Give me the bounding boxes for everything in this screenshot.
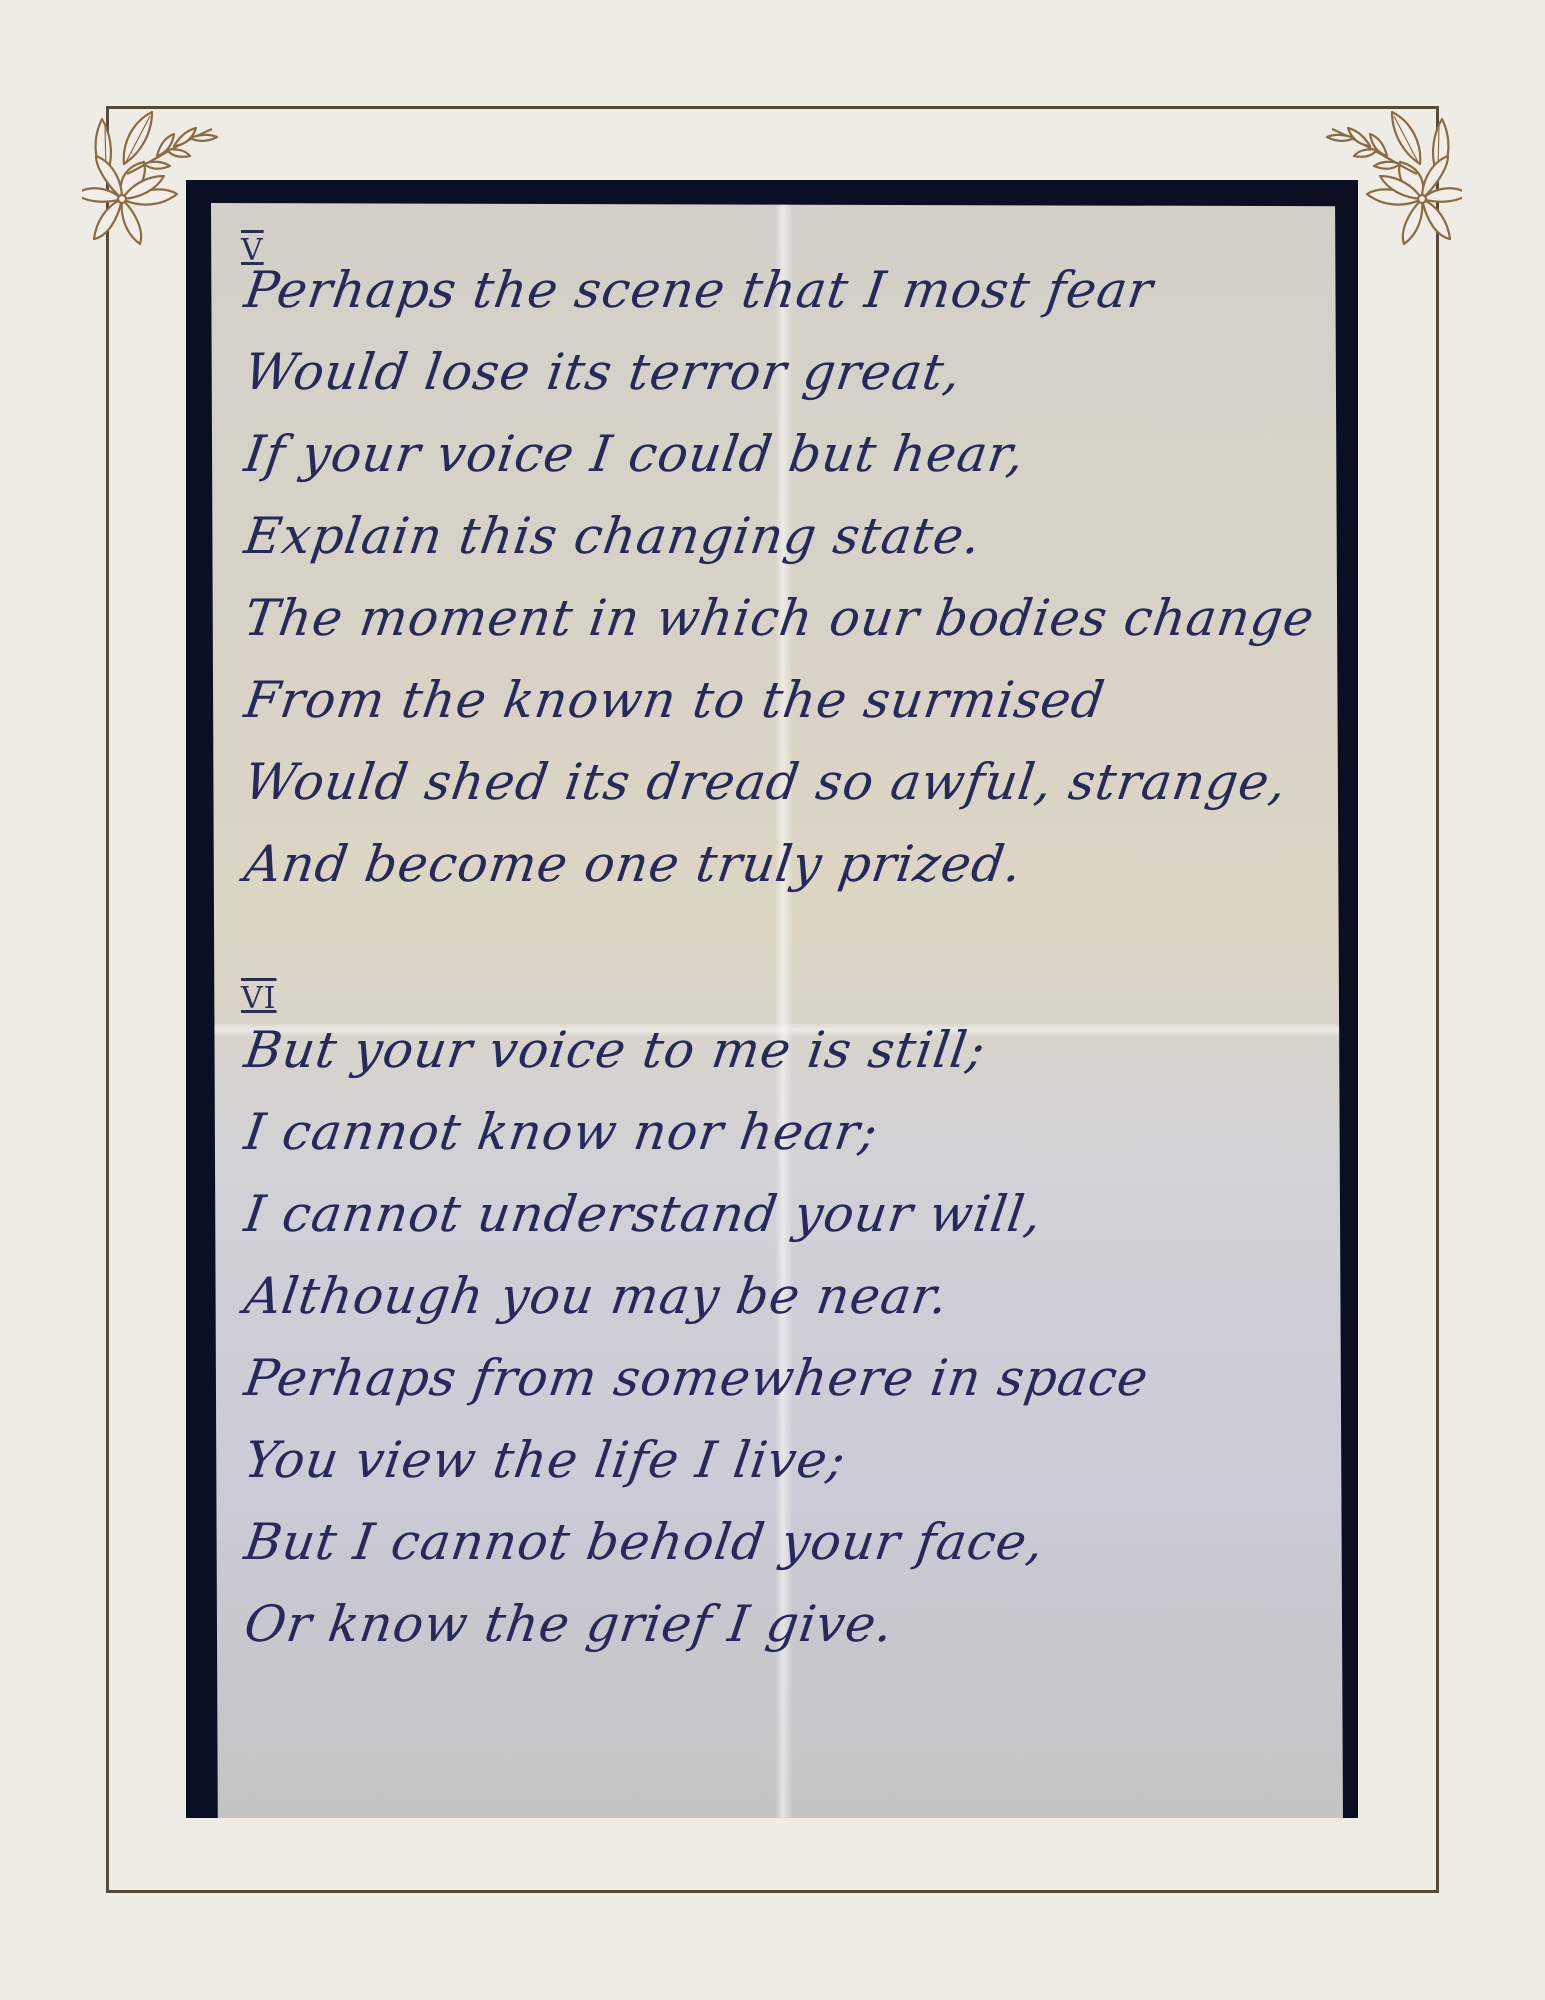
poem-line: Perhaps the scene that I most fear xyxy=(241,261,1157,319)
poem-line: You view the life I live; xyxy=(241,1431,850,1489)
poem-line: Would lose its terror great, xyxy=(241,343,965,401)
poem-line: The moment in which our bodies change xyxy=(241,589,1318,647)
poem-line: If your voice I could but hear, xyxy=(241,425,1028,483)
letter-photograph: V Perhaps the scene that I most fear Wou… xyxy=(186,180,1358,1818)
poem-line: Although you may be near. xyxy=(241,1267,952,1325)
poem-line: From the known to the surmised xyxy=(241,671,1109,729)
poem-line: I cannot understand your will, xyxy=(241,1185,1046,1243)
poem-line: Perhaps from somewhere in space xyxy=(241,1349,1152,1407)
poem-line: Or know the grief I give. xyxy=(241,1595,897,1653)
poem-line: Explain this changing state. xyxy=(241,507,985,565)
poem-line: Would shed its dread so awful, strange, xyxy=(241,753,1290,811)
poem-line: But I cannot behold your face, xyxy=(241,1513,1048,1571)
handwritten-paper: V Perhaps the scene that I most fear Wou… xyxy=(211,203,1343,1818)
poem-line: I cannot know nor hear; xyxy=(241,1103,882,1161)
verse-numeral: VI xyxy=(241,981,277,1016)
poem-line: But your voice to me is still; xyxy=(241,1021,989,1079)
poem-line: And become one truly prized. xyxy=(241,835,1026,893)
